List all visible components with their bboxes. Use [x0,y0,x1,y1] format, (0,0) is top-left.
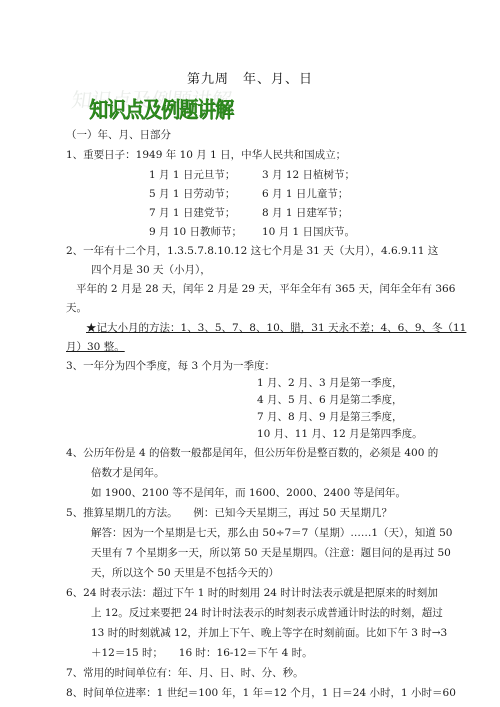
quarter-1: 1 月、2 月、3 月是第一季度， [257,376,403,390]
section-banner: 知识点及例题讲解 [89,93,233,124]
item-5-line-4: 天，所以这个 50 天里是不包括今天的） [91,566,279,580]
item-6-line-1: 6、24 时表示法：超过下午 1 时的时刻用 24 时计时法表示就是把原来的时刻… [66,586,438,600]
item-6-line-2: 上 12。反过来要把 24 时计时法表示的时刻表示成普通计时法的时刻，超过 [91,606,443,620]
memory-tip-line-1: ★记大小月的方法：1、3、5、7、8、10、腊，31 天永不差；4、6、9、冬（… [86,321,466,335]
document-page: 第九周 年、月、日 知识点及例题讲解 知识点及例题讲解 （一）年、月、日部分 1… [0,0,500,707]
item-1-text: 1、重要日子：1949 年 10 月 1 日，中华人民共和国成立； [66,148,346,162]
item-4-line-1: 4、公历年份是 4 的倍数一般都是闰年，但公历年份是整百数的，必须是 400 的 [66,446,438,460]
date-1-2: 3 月 12 日植树节； [262,168,355,182]
date-2-2: 6 月 1 日儿童节； [262,187,348,201]
item-3-text: 3、一年分为四个季度，每 3 个月为一季度： [66,359,275,373]
memory-tip-line-2: 月）30 整。 [66,340,125,354]
section-heading: （一）年、月、日部分 [66,128,171,142]
date-3-2: 8 月 1 日建军节； [262,206,348,220]
date-2-1: 5 月 1 日劳动节； [149,187,235,201]
date-1-1: 1 月 1 日元旦节； [149,168,235,182]
item-4-line-2: 倍数才是闰年。 [91,466,165,480]
date-4-1: 9 月 10 日教师节； [149,225,242,239]
date-3-1: 7 月 1 日建党节； [149,206,235,220]
item-5-line-2: 解答：因为一个星期是七天，那么由 50÷7＝7（星期）……1（天），知道 50 [91,526,453,540]
item-2-line-3: 平年的 2 月是 28 天，闰年 2 月是 29 天，平年全年有 365 天，闰… [76,282,455,296]
quarter-2: 4 月、5 月、6 月是第二季度， [257,393,403,407]
item-5-line-1: 5、推算星期几的方法。 例：已知今天星期三，再过 50 天星期几？ [66,506,392,520]
item-4-line-3: 如 1900、2100 等不是闰年，而 1600、2000、2400 等是闰年。 [91,486,406,500]
item-2-line-2: 四个月是 30 天（小月）， [91,263,211,277]
item-7-text: 7、常用的时间单位有：年、月、日、时、分、秒。 [66,666,304,680]
item-6-line-4: ＋12＝15 时； 16 时：16-12＝下午 4 时。 [91,646,313,660]
item-5-line-3: 天里有 7 个星期多一天，所以第 50 天是星期四。（注意：题目问的是再过 50 [91,546,451,560]
item-2-line-1: 2、一年有十二个月，1.3.5.7.8.10.12 这七个月是 31 天（大月）… [66,244,438,258]
quarter-3: 7 月、8 月、9 月是第三季度， [257,410,403,424]
date-4-2: 10 月 1 日国庆节。 [262,225,355,239]
item-2-line-4: 天。 [66,301,87,315]
item-6-line-3: 13 时的时刻就减 12，并加上下午、晚上等字在时刻前面。比如下午 3 时→3 [91,626,447,640]
item-8-line-1: 8、时间单位进率：1 世纪＝100 年，1 年＝12 个月，1 日＝24 小时，… [66,686,456,700]
quarter-4: 10 月、11 月、12 月是第四季度。 [257,427,423,441]
